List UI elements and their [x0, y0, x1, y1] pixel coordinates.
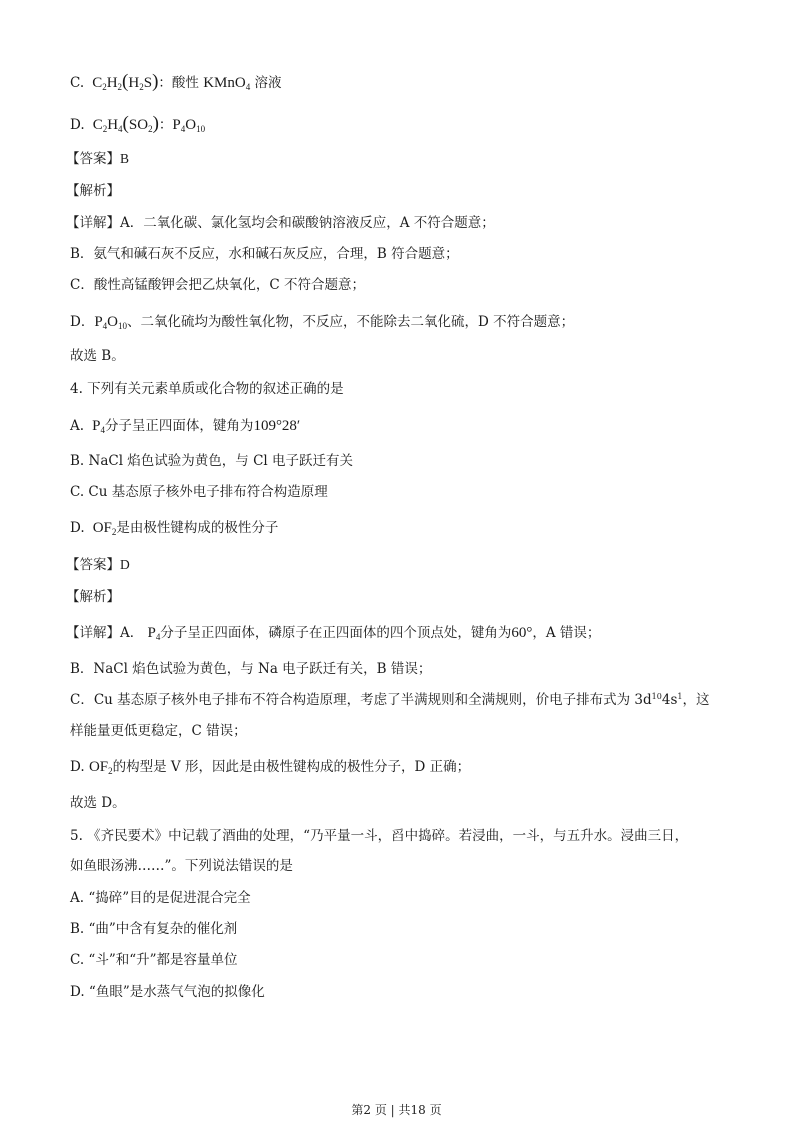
q5-option-c: C. “斗”和“升”都是容量单位 [70, 950, 238, 970]
q4-conclusion: 故选 D。 [70, 793, 126, 813]
detail-label: D． [70, 314, 94, 330]
formula: OF2 [89, 759, 113, 775]
q3-detail-a: 【详解】A．二氧化碳、氯化氢均会和碳酸钠溶液反应，A 不符合题意； [66, 213, 495, 233]
answer-tag: 【答案】 [66, 151, 120, 167]
q5-stem-line2: 如鱼眼汤沸……”。下列说法错误的是 [70, 856, 293, 876]
option-label: D. [70, 520, 85, 536]
q5-option-a: A. “捣碎”目的是促进混合完全 [70, 888, 251, 908]
detail-text: 4s [662, 692, 678, 708]
answer-value: B [120, 151, 129, 166]
q3-analysis-tag: 【解析】 [66, 181, 120, 201]
q5-option-b: B. “曲”中含有复杂的催化剂 [70, 919, 237, 939]
detail-text: A．二氧化碳、氯化氢均会和碳酸钠溶液反应，A 不符合题意； [120, 215, 495, 231]
q4-detail-c-line2: 样能量更低更稳定，C 错误； [70, 721, 247, 741]
q4-detail-d: D. OF2的构型是 V 形，因此是由极性键构成的极性分子，D 正确； [70, 757, 470, 777]
answer-tag: 【答案】 [66, 557, 120, 573]
superscript: 10 [652, 692, 662, 701]
angle-value: 109°28′ [253, 418, 300, 434]
q3-option-c: C. C2H2(H2S)：酸性 KMnO4 溶液 [70, 72, 282, 93]
q3-option-d: D. C2H4(SO2)：P4O10 [70, 114, 205, 135]
formula: P4O10 [94, 314, 127, 330]
page-footer: 第2 页 | 共18 页 [0, 1101, 793, 1118]
formula: OF2 [89, 520, 116, 536]
q4-detail-a: 【详解】A． P4分子呈正四面体，磷原子在正四面体的四个顶点处，键角为60°，A… [66, 623, 600, 643]
separator: ： [159, 117, 173, 133]
q4-stem: 4. 下列有关元素单质或化合物的叙述正确的是 [70, 379, 344, 399]
separator: ： [158, 75, 172, 91]
q4-option-d: D. OF2是由极性键构成的极性分子 [70, 518, 278, 538]
formula: C2H4(SO2) [89, 117, 159, 133]
reagent: P4O10 [172, 117, 205, 133]
reagent: 酸性 KMnO4 溶液 [172, 75, 282, 91]
q4-answer: 【答案】D [66, 555, 130, 575]
detail-text-end: ，A 错误； [532, 625, 600, 641]
q4-analysis-tag: 【解析】 [66, 587, 120, 607]
q3-conclusion: 故选 B。 [70, 346, 125, 366]
detail-label: A． [120, 625, 143, 641]
detail-tag: 【详解】 [66, 625, 120, 641]
q4-option-b: B. NaCl 焰色试验为黄色，与 Cl 电子跃迁有关 [70, 451, 353, 471]
option-text: 分子呈正四面体，键角为 [105, 418, 254, 434]
q4-option-a: A. P4分子呈正四面体，键角为109°28′ [70, 416, 300, 436]
option-text: 是由极性键构成的极性分子 [116, 520, 278, 536]
angle-value: 60° [511, 625, 532, 641]
q3-detail-c: C．酸性高锰酸钾会把乙炔氧化，C 不符合题意； [70, 275, 365, 295]
formula: P4 [88, 418, 105, 434]
q5-option-d: D. “鱼眼”是水蒸气气泡的拟像化 [70, 982, 265, 1002]
detail-text: 的构型是 V 形，因此是由极性键构成的极性分子，D 正确； [113, 759, 470, 775]
detail-tag: 【详解】 [66, 215, 120, 231]
q3-detail-b: B．氨气和碱石灰不反应，水和碱石灰反应，合理，B 符合题意； [70, 244, 459, 264]
q4-detail-b: B．NaCl 焰色试验为黄色，与 Na 电子跃迁有关，B 错误； [70, 659, 431, 679]
answer-value: D [120, 557, 130, 572]
option-label: D. [70, 117, 85, 133]
option-label: C. [70, 75, 84, 91]
formula: P4 [148, 625, 161, 641]
q5-stem-line1: 5. 《齐民要术》中记载了酒曲的处理，“乃平量一斗，舀中捣碎。若浸曲，一斗，与五… [70, 826, 688, 846]
q3-answer: 【答案】B [66, 149, 129, 169]
q3-detail-d: D．P4O10、二氧化硫均为酸性氧化物，不反应，不能除去二氧化硫，D 不符合题意… [70, 312, 574, 332]
detail-text: 分子呈正四面体，磷原子在正四面体的四个顶点处，键角为 [160, 625, 511, 641]
option-label: A. [70, 418, 84, 434]
q4-detail-c-line1: C．Cu 基态原子核外电子排布不符合构造原理，考虑了半满规则和全满规则，价电子排… [70, 690, 709, 710]
q4-option-c: C. Cu 基态原子核外电子排布符合构造原理 [70, 482, 328, 502]
detail-text: ，这 [682, 692, 709, 708]
detail-text: C．Cu 基态原子核外电子排布不符合构造原理，考虑了半满规则和全满规则，价电子排… [70, 692, 652, 708]
detail-label: D. [70, 759, 85, 775]
formula: C2H2(H2S) [88, 75, 158, 91]
detail-text: 、二氧化硫均为酸性氧化物，不反应，不能除去二氧化硫，D 不符合题意； [127, 314, 574, 330]
